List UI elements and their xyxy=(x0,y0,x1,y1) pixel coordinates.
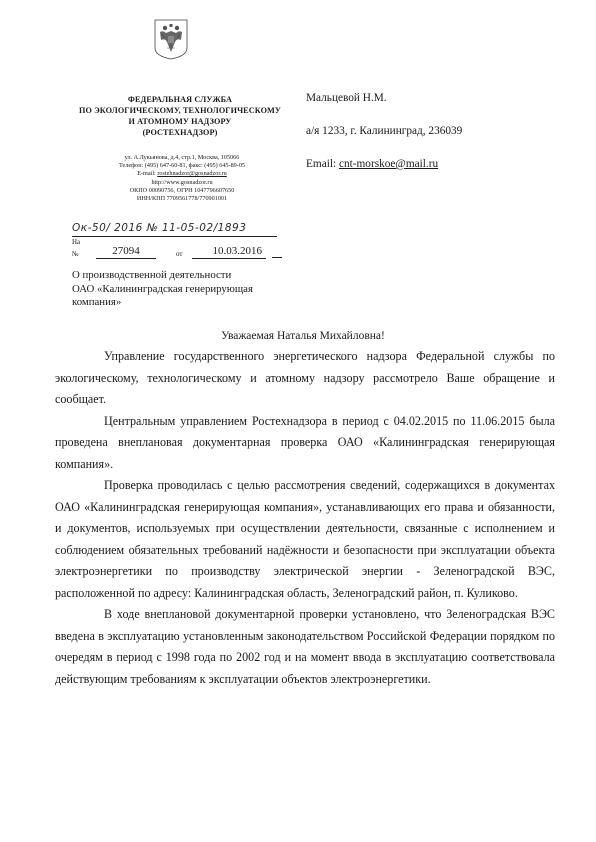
reg-date-label: от xyxy=(176,250,182,258)
recipient-name: Мальцевой Н.М. xyxy=(306,92,387,104)
handwritten-registration: Ок-50/ 2016 № 11-05-02/1893 xyxy=(72,221,277,237)
recipient-address: а/я 1233, г. Калининград, 236039 xyxy=(306,125,462,137)
subject-line: ОАО «Калининградская генерирующая xyxy=(72,283,292,297)
coat-of-arms-emblem xyxy=(153,18,189,60)
agency-line: (РОСТЕХНАДЗОР) xyxy=(70,127,290,138)
salutation-text: Уважаемая Наталья Михайловна! xyxy=(221,330,385,342)
salutation: Уважаемая Наталья Михайловна! xyxy=(0,330,596,342)
subject-line: О производственной деятельности xyxy=(72,269,292,283)
agency-phone: Телефон: (495) 647-60-81, факс: (495) 64… xyxy=(72,162,292,170)
agency-okpo-ogrn: ОКПО 00090756, ОГРН 1047796607650 xyxy=(72,187,292,195)
letter-subject: О производственной деятельности ОАО «Кал… xyxy=(72,269,292,310)
body-paragraph: В ходе внеплановой документарной проверк… xyxy=(55,604,555,690)
russian-coat-of-arms-icon xyxy=(153,18,189,60)
agency-inn-kpp: ИНН/КПП 7709561778/770901001 xyxy=(72,195,292,203)
subject-line: компания» xyxy=(72,296,292,310)
agency-email-link[interactable]: rostehnadzor@gosnadzor.ru xyxy=(157,170,226,177)
reg-tail-line xyxy=(272,257,282,258)
reg-number: 27094 xyxy=(96,245,156,259)
body-paragraph: Управление государственного энергетическ… xyxy=(55,346,555,411)
body-paragraph: Центральным управлением Ростехнадзора в … xyxy=(55,411,555,476)
reg-number-label: № xyxy=(72,250,79,258)
agency-address: ул. А.Лукьянова, д.4, стр.1, Москва, 105… xyxy=(72,154,292,162)
recipient-email-row: Email: cnt-morskoe@mail.ru xyxy=(306,158,438,170)
letter-body: Управление государственного энергетическ… xyxy=(55,346,555,690)
body-paragraph: Проверка проводилась с целью рассмотрени… xyxy=(55,475,555,604)
recipient-email-label: Email: xyxy=(306,158,339,170)
agency-line: ФЕДЕРАЛЬНАЯ СЛУЖБА xyxy=(70,94,290,105)
agency-website[interactable]: http://www.gosnadzor.ru xyxy=(72,179,292,187)
agency-email-label: E-mail: xyxy=(137,170,157,177)
agency-email-row: E-mail: rostehnadzor@gosnadzor.ru xyxy=(72,170,292,178)
agency-header: ФЕДЕРАЛЬНАЯ СЛУЖБА ПО ЭКОЛОГИЧЕСКОМУ, ТЕ… xyxy=(70,94,290,138)
agency-line: И АТОМНОМУ НАДЗОРУ xyxy=(70,116,290,127)
recipient-email-link[interactable]: cnt-morskoe@mail.ru xyxy=(339,158,438,170)
reg-date: 10.03.2016 xyxy=(192,245,266,259)
registration-row: № 27094 от 10.03.2016 xyxy=(72,245,282,261)
agency-line: ПО ЭКОЛОГИЧЕСКОМУ, ТЕХНОЛОГИЧЕСКОМУ xyxy=(70,105,290,116)
agency-contacts: ул. А.Лукьянова, д.4, стр.1, Москва, 105… xyxy=(72,154,292,203)
